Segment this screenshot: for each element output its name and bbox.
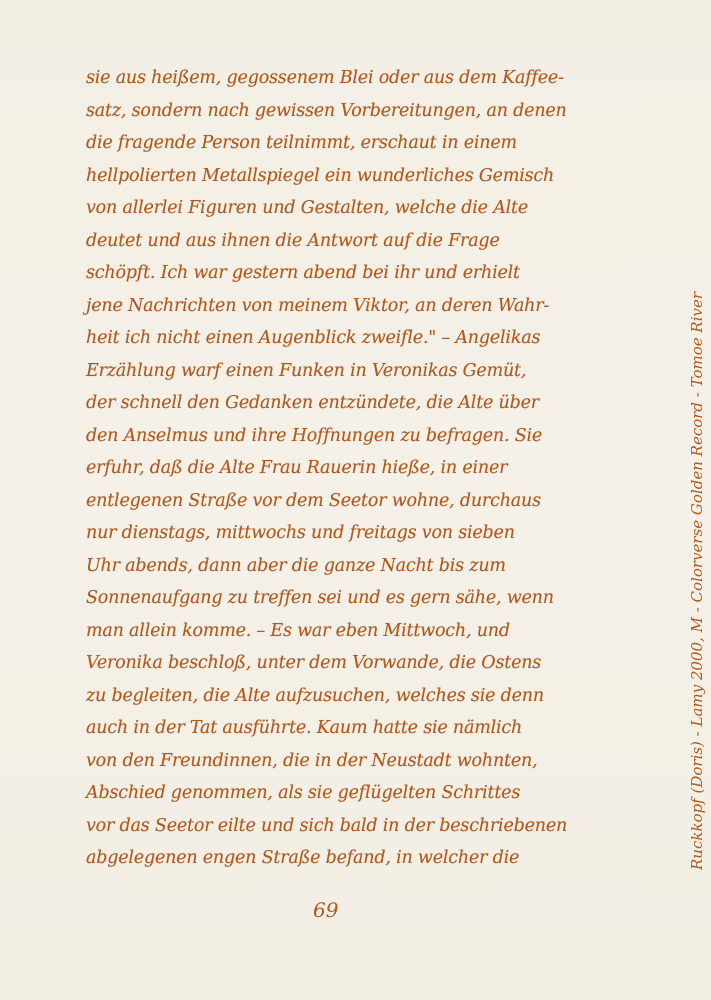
text-line: deutet und aus ihnen die Antwort auf die… [86,225,646,258]
text-line: jene Nachrichten von meinem Viktor, an d… [86,290,646,323]
text-line: vor das Seetor eilte und sich bald in de… [86,810,646,843]
handwritten-text-block: sie aus heißem, gegossenem Blei oder aus… [86,62,646,875]
text-line: von allerlei Figuren und Gestalten, welc… [86,192,646,225]
text-line: nur dienstags, mittwochs und freitags vo… [86,517,646,550]
text-line: die fragende Person teilnimmt, erschaut … [86,127,646,160]
text-line: heit ich nicht einen Augenblick zweifle.… [86,322,646,355]
text-line: der schnell den Gedanken entzündete, die… [86,387,646,420]
text-line: schöpft. Ich war gestern abend bei ihr u… [86,257,646,290]
side-note-pen-ink-paper: Ruckkopf (Doris) - Lamy 2000, M - Colorv… [688,230,706,870]
text-line: satz, sondern nach gewissen Vorbereitung… [86,95,646,128]
text-line: erfuhr, daß die Alte Frau Rauerin hieße,… [86,452,646,485]
text-line: Erzählung warf einen Funken in Veronikas… [86,355,646,388]
text-line: Veronika beschloß, unter dem Vorwande, d… [86,647,646,680]
text-line: zu begleiten, die Alte aufzusuchen, welc… [86,680,646,713]
handwritten-page: sie aus heißem, gegossenem Blei oder aus… [0,0,711,1000]
text-line: abgelegenen engen Straße befand, in welc… [86,842,646,875]
page-number: 69 [313,898,338,922]
text-line: auch in der Tat ausführte. Kaum hatte si… [86,712,646,745]
text-line: sie aus heißem, gegossenem Blei oder aus… [86,62,646,95]
text-line: entlegenen Straße vor dem Seetor wohne, … [86,485,646,518]
text-line: den Anselmus und ihre Hoffnungen zu befr… [86,420,646,453]
text-line: Sonnenaufgang zu treffen sei und es gern… [86,582,646,615]
text-line: hellpolierten Metallspiegel ein wunderli… [86,160,646,193]
text-line: von den Freundinnen, die in der Neustadt… [86,745,646,778]
text-line: Uhr abends, dann aber die ganze Nacht bi… [86,550,646,583]
text-line: man allein komme. – Es war eben Mittwoch… [86,615,646,648]
text-line: Abschied genommen, als sie geflügelten S… [86,777,646,810]
